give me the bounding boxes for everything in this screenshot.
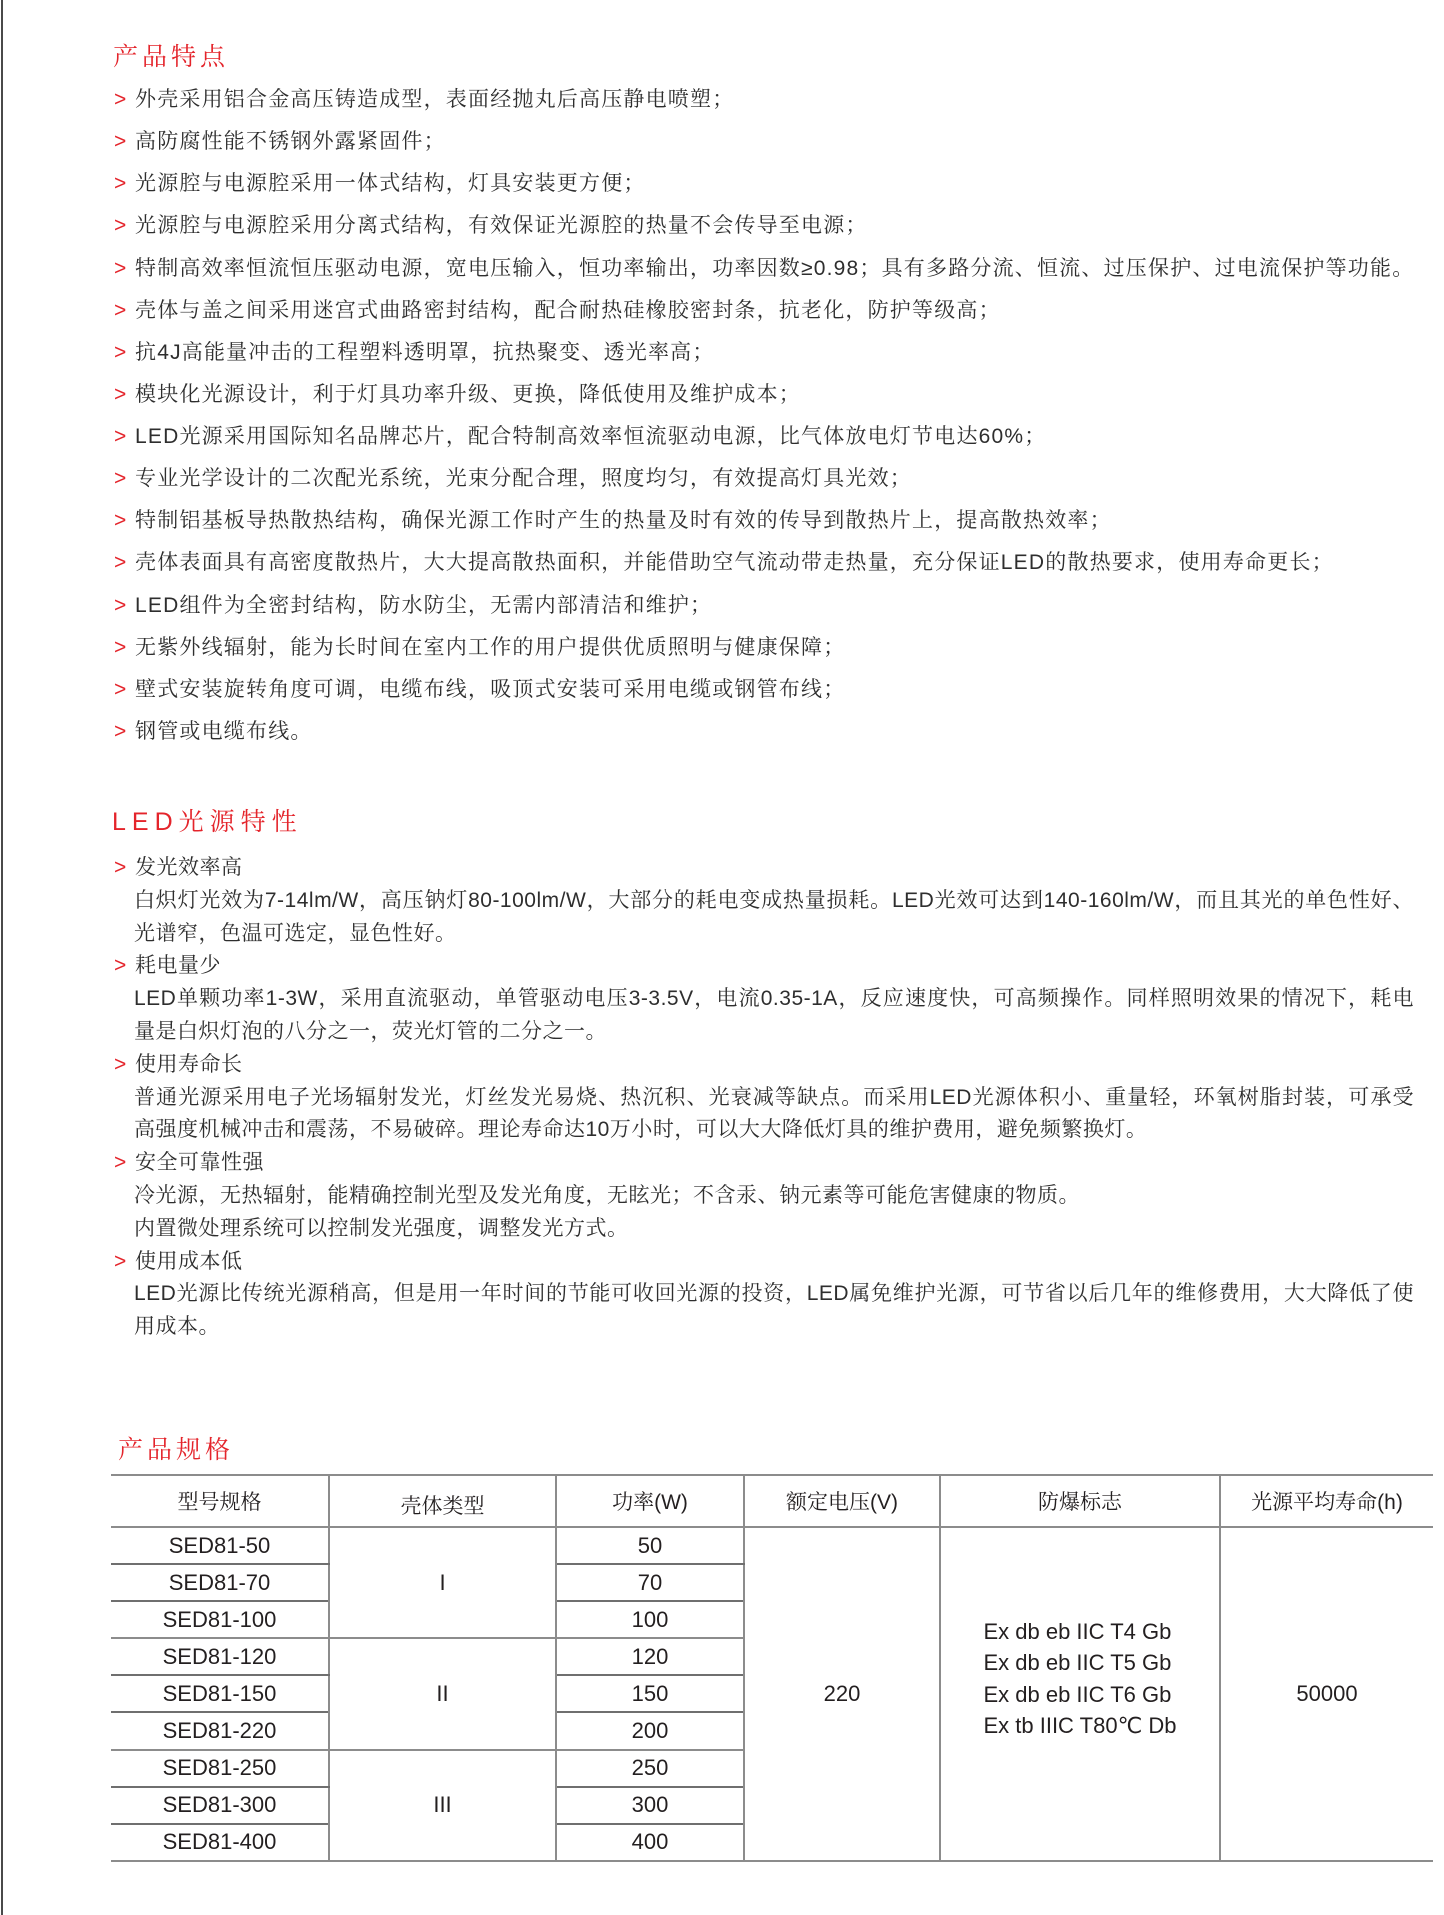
- feature-text: 高防腐性能不锈钢外露紧固件；: [135, 130, 446, 153]
- ex-marking: Ex db eb IIC T6 Gb: [983, 1679, 1176, 1711]
- feature-text: 壳体表面具有高密度散热片，大大提高散热面积，并能借助空气流动带走热量，充分保证L…: [135, 551, 1334, 574]
- model-cell: SED81-300: [111, 1787, 329, 1824]
- table-header-row: 型号规格 壳体类型 功率(W) 额定电压(V) 防爆标志 光源平均寿命(h): [111, 1475, 1433, 1527]
- model-cell: SED81-220: [111, 1712, 329, 1749]
- chevron-right-icon: >: [114, 416, 135, 458]
- led-item-body-line: 高强度机械冲击和震荡，不易破碎。理论寿命达10万小时，可以大大降低灯具的维护费用…: [114, 1114, 1414, 1147]
- housing-type-cell: I: [329, 1527, 556, 1638]
- chevron-right-icon: >: [114, 1246, 135, 1279]
- feature-item: >钢管或电缆布线。: [114, 711, 1414, 753]
- feature-text: 无紫外线辐射，能为长时间在室内工作的用户提供优质照明与健康保障；: [135, 636, 845, 659]
- led-heading-text: 发光效率高: [135, 856, 243, 879]
- power-cell: 300: [556, 1787, 744, 1824]
- led-heading-text: 耗电量少: [135, 954, 221, 977]
- feature-text: 专业光学设计的二次配光系统，光束分配合理，照度均匀，有效提高灯具光效；: [135, 467, 912, 490]
- feature-item: >特制高效率恒流恒压驱动电源，宽电压输入，恒功率输出，功率因数≥0.98；具有多…: [114, 248, 1414, 290]
- model-cell: SED81-150: [111, 1675, 329, 1712]
- ex-marking: Ex db eb IIC T5 Gb: [983, 1647, 1176, 1679]
- chevron-right-icon: >: [114, 1147, 135, 1180]
- feature-text: 光源腔与电源腔采用分离式结构，有效保证光源腔的热量不会传导至电源；: [135, 214, 868, 237]
- led-item-body-line: 冷光源，无热辐射，能精确控制光型及发光角度，无眩光；不含汞、钠元素等可能危害健康…: [114, 1180, 1414, 1213]
- column-header-power: 功率(W): [556, 1475, 744, 1527]
- voltage-cell: 220: [744, 1527, 940, 1861]
- chevron-right-icon: >: [114, 332, 135, 374]
- power-cell: 70: [556, 1564, 744, 1601]
- led-item-heading: >发光效率高: [114, 852, 1414, 885]
- chevron-right-icon: >: [114, 711, 135, 753]
- power-cell: 250: [556, 1750, 744, 1787]
- housing-type-cell: II: [329, 1638, 556, 1749]
- chevron-right-icon: >: [114, 669, 135, 711]
- feature-item: >光源腔与电源腔采用分离式结构，有效保证光源腔的热量不会传导至电源；: [114, 205, 1414, 247]
- specs-title: 产品规格: [118, 1433, 234, 1467]
- column-header-lifetime: 光源平均寿命(h): [1220, 1475, 1433, 1527]
- power-cell: 400: [556, 1824, 744, 1861]
- feature-item: >高防腐性能不锈钢外露紧固件；: [114, 121, 1414, 163]
- feature-item: >模块化光源设计，利于灯具功率升级、更换，降低使用及维护成本；: [114, 374, 1414, 416]
- model-cell: SED81-120: [111, 1638, 329, 1675]
- ex-marking: Ex db eb IIC T4 Gb: [983, 1616, 1176, 1648]
- lifetime-cell: 50000: [1220, 1527, 1433, 1861]
- features-list: >外壳采用铝合金高压铸造成型，表面经抛丸后高压静电喷塑； >高防腐性能不锈钢外露…: [114, 79, 1414, 753]
- ex-marking-list: Ex db eb IIC T4 Gb Ex db eb IIC T5 Gb Ex…: [983, 1616, 1176, 1742]
- chevron-right-icon: >: [114, 500, 135, 542]
- led-item-heading: >使用寿命长: [114, 1049, 1414, 1082]
- feature-text: LED光源采用国际知名品牌芯片，配合特制高效率恒流驱动电源，比气体放电灯节电达6…: [135, 425, 1046, 448]
- feature-item: >专业光学设计的二次配光系统，光束分配合理，照度均匀，有效提高灯具光效；: [114, 458, 1414, 500]
- chevron-right-icon: >: [114, 627, 135, 669]
- chevron-right-icon: >: [114, 290, 135, 332]
- power-cell: 150: [556, 1675, 744, 1712]
- power-cell: 200: [556, 1712, 744, 1749]
- feature-item: >抗4J高能量冲击的工程塑料透明罩，抗热聚变、透光率高；: [114, 332, 1414, 374]
- feature-item: >壳体表面具有高密度散热片，大大提高散热面积，并能借助空气流动带走热量，充分保证…: [114, 542, 1414, 584]
- chevron-right-icon: >: [114, 542, 135, 584]
- led-characteristics: >发光效率高 白炽灯光效为7-14lm/W，高压钠灯80-100lm/W，大部分…: [114, 852, 1414, 1344]
- feature-item: >LED组件为全密封结构，防水防尘，无需内部清洁和维护；: [114, 585, 1414, 627]
- feature-item: >LED光源采用国际知名品牌芯片，配合特制高效率恒流驱动电源，比气体放电灯节电达…: [114, 416, 1414, 458]
- column-header-model: 型号规格: [111, 1475, 329, 1527]
- model-cell: SED81-250: [111, 1750, 329, 1787]
- feature-item: >外壳采用铝合金高压铸造成型，表面经抛丸后高压静电喷塑；: [114, 79, 1414, 121]
- power-cell: 120: [556, 1638, 744, 1675]
- feature-item: >特制铝基板导热散热结构，确保光源工作时产生的热量及时有效的传导到散热片上，提高…: [114, 500, 1414, 542]
- feature-text: 特制铝基板导热散热结构，确保光源工作时产生的热量及时有效的传导到散热片上，提高散…: [135, 509, 1112, 532]
- led-item-heading: >使用成本低: [114, 1246, 1414, 1279]
- led-item-heading: >安全可靠性强: [114, 1147, 1414, 1180]
- led-item-body-line: 内置微处理系统可以控制发光强度，调整发光方式。: [114, 1213, 1414, 1246]
- feature-text: 钢管或电缆布线。: [135, 720, 313, 743]
- led-heading-text: 使用成本低: [135, 1250, 243, 1273]
- chevron-right-icon: >: [114, 163, 135, 205]
- feature-text: 外壳采用铝合金高压铸造成型，表面经抛丸后高压静电喷塑；: [135, 88, 734, 111]
- led-item-body-line: 用成本。: [114, 1311, 1414, 1344]
- power-cell: 100: [556, 1601, 744, 1638]
- model-cell: SED81-50: [111, 1527, 329, 1564]
- led-item-body-line: 光谱窄，色温可选定，显色性好。: [114, 918, 1414, 951]
- model-cell: SED81-70: [111, 1564, 329, 1601]
- led-item-body-line: LED单颗功率1-3W，采用直流驱动，单管驱动电压3-3.5V，电流0.35-1…: [114, 983, 1414, 1016]
- chevron-right-icon: >: [114, 374, 135, 416]
- feature-item: >壳体与盖之间采用迷宫式曲路密封结构，配合耐热硅橡胶密封条，抗老化，防护等级高；: [114, 290, 1414, 332]
- chevron-right-icon: >: [114, 205, 135, 247]
- chevron-right-icon: >: [114, 248, 135, 290]
- chevron-right-icon: >: [114, 458, 135, 500]
- chevron-right-icon: >: [114, 585, 135, 627]
- ex-marking: Ex tb IIIC T80℃ Db: [983, 1710, 1176, 1742]
- led-heading-text: 使用寿命长: [135, 1053, 243, 1076]
- feature-text: 壳体与盖之间采用迷宫式曲路密封结构，配合耐热硅橡胶密封条，抗老化，防护等级高；: [135, 299, 1001, 322]
- feature-text: 特制高效率恒流恒压驱动电源，宽电压输入，恒功率输出，功率因数≥0.98；具有多路…: [135, 257, 1414, 280]
- model-cell: SED81-400: [111, 1824, 329, 1861]
- feature-text: LED组件为全密封结构，防水防尘，无需内部清洁和维护；: [135, 594, 712, 617]
- feature-text: 壁式安装旋转角度可调，电缆布线，吸顶式安装可采用电缆或钢管布线；: [135, 678, 845, 701]
- housing-type-cell: III: [329, 1750, 556, 1861]
- ex-marking-cell: Ex db eb IIC T4 Gb Ex db eb IIC T5 Gb Ex…: [940, 1527, 1220, 1861]
- feature-text: 模块化光源设计，利于灯具功率升级、更换，降低使用及维护成本；: [135, 383, 801, 406]
- page-left-rule: [1, 0, 3, 1915]
- feature-item: >壁式安装旋转角度可调，电缆布线，吸顶式安装可采用电缆或钢管布线；: [114, 669, 1414, 711]
- chevron-right-icon: >: [114, 121, 135, 163]
- spec-table: 型号规格 壳体类型 功率(W) 额定电压(V) 防爆标志 光源平均寿命(h) S…: [111, 1474, 1433, 1862]
- column-header-housing: 壳体类型: [329, 1475, 556, 1527]
- power-cell: 50: [556, 1527, 744, 1564]
- feature-text: 抗4J高能量冲击的工程塑料透明罩，抗热聚变、透光率高；: [135, 341, 715, 364]
- column-header-voltage: 额定电压(V): [744, 1475, 940, 1527]
- column-header-ex-marking: 防爆标志: [940, 1475, 1220, 1527]
- led-title: LED光源特性: [112, 805, 303, 839]
- feature-item: >光源腔与电源腔采用一体式结构，灯具安装更方便；: [114, 163, 1414, 205]
- feature-text: 光源腔与电源腔采用一体式结构，灯具安装更方便；: [135, 172, 646, 195]
- led-item-body-line: 量是白炽灯泡的八分之一，荧光灯管的二分之一。: [114, 1016, 1414, 1049]
- led-item-heading: >耗电量少: [114, 950, 1414, 983]
- table-row: SED81-50 I 50 220 Ex db eb IIC T4 Gb Ex …: [111, 1527, 1433, 1564]
- chevron-right-icon: >: [114, 950, 135, 983]
- feature-item: >无紫外线辐射，能为长时间在室内工作的用户提供优质照明与健康保障；: [114, 627, 1414, 669]
- led-heading-text: 安全可靠性强: [135, 1151, 264, 1174]
- model-cell: SED81-100: [111, 1601, 329, 1638]
- chevron-right-icon: >: [114, 79, 135, 121]
- led-item-body-line: LED光源比传统光源稍高，但是用一年时间的节能可收回光源的投资，LED属免维护光…: [114, 1278, 1414, 1311]
- led-item-body-line: 普通光源采用电子光场辐射发光，灯丝发光易烧、热沉积、光衰减等缺点。而采用LED光…: [114, 1082, 1414, 1115]
- features-title: 产品特点: [113, 40, 229, 74]
- chevron-right-icon: >: [114, 852, 135, 885]
- led-item-body-line: 白炽灯光效为7-14lm/W，高压钠灯80-100lm/W，大部分的耗电变成热量…: [114, 885, 1414, 918]
- chevron-right-icon: >: [114, 1049, 135, 1082]
